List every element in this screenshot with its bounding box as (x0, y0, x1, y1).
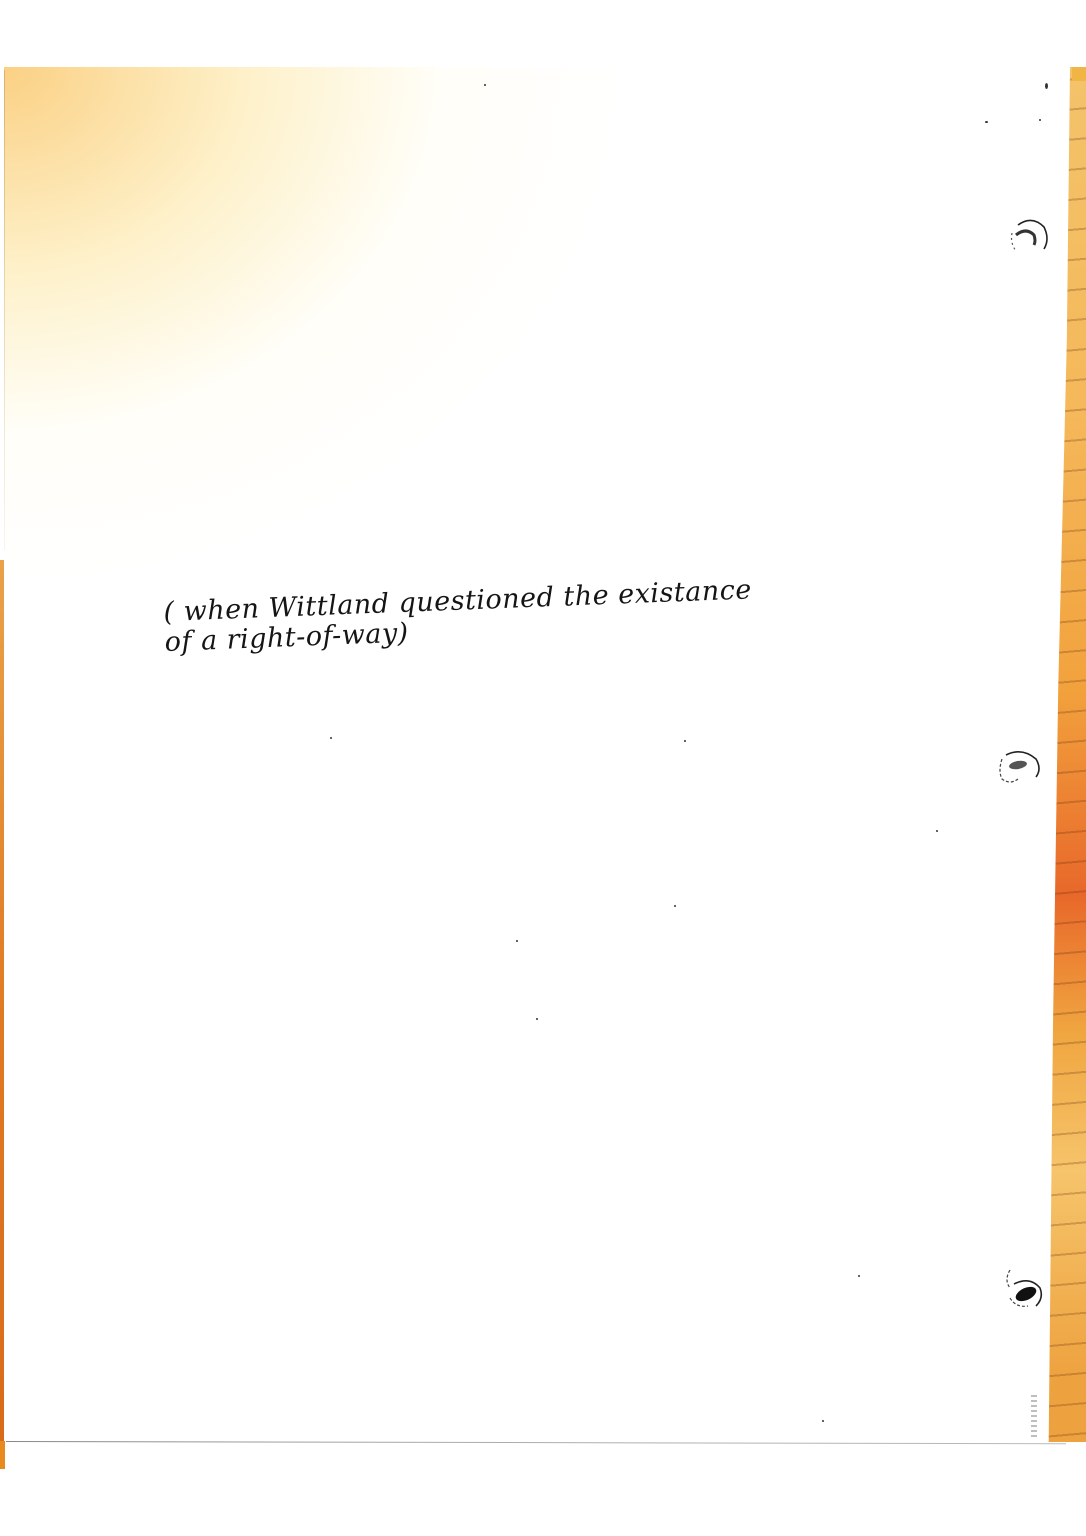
scan-speck (684, 740, 686, 742)
scan-speck (858, 1275, 860, 1277)
faint-margin-text (1031, 1395, 1037, 1440)
scan-speck (1045, 83, 1048, 89)
scan-bottom-margin (0, 1442, 1086, 1536)
scan-speck (822, 1420, 824, 1422)
punch-hole-icon (996, 745, 1042, 791)
wood-background-corner (1072, 67, 1086, 81)
scan-speck (985, 121, 988, 123)
scan-speck (1039, 119, 1041, 121)
wood-background-bottom-left (0, 1441, 5, 1469)
scan-speck (674, 905, 676, 907)
scan-speck (936, 830, 938, 832)
scan-speck (484, 84, 486, 86)
punch-hole-icon (1000, 1262, 1046, 1308)
scan-speck (516, 940, 518, 942)
paper-page (4, 67, 1070, 1442)
punch-hole-icon (1004, 213, 1050, 259)
scan-speck (536, 1018, 538, 1020)
scan-speck (330, 737, 332, 739)
page-left-edge (4, 70, 5, 550)
